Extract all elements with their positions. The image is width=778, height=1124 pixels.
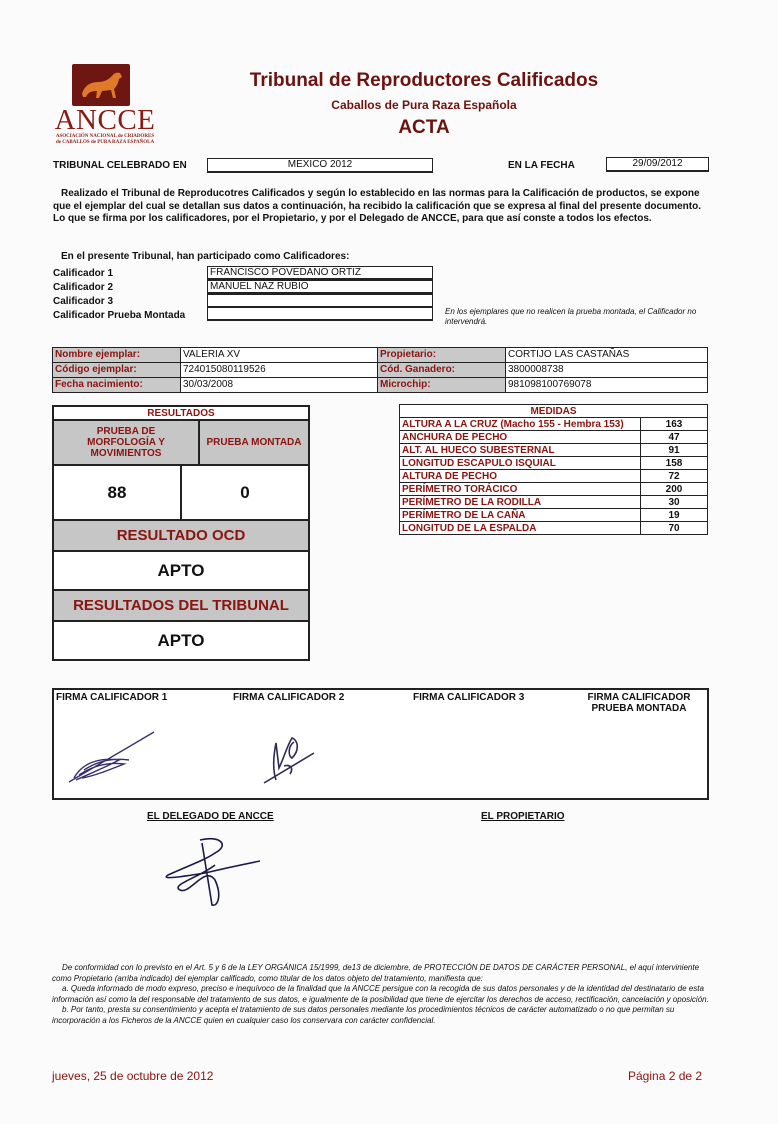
codigo-value: 724015080119526 — [181, 363, 378, 378]
medida-label: PERÍMETRO DE LA RODILLA — [400, 496, 641, 509]
medida-value: 19 — [641, 509, 708, 522]
medida-value: 30 — [641, 496, 708, 509]
ganadero-label: Cód. Ganadero: — [378, 363, 506, 378]
document-title: Tribunal de Reproductores Calificados — [0, 70, 778, 92]
medida-label: ALTURA A LA CRUZ (Macho 155 - Hembra 153… — [400, 418, 641, 431]
nacimiento-label: Fecha nacimiento: — [53, 378, 181, 393]
nombre-value: VALERIA XV — [181, 348, 378, 363]
codigo-label: Código ejemplar: — [53, 363, 181, 378]
propietario-label: Propietario: — [378, 348, 506, 363]
calificador-3-label: Calificador 3 — [53, 296, 113, 307]
table-row: Código ejemplar: 724015080119526 Cód. Ga… — [53, 363, 708, 378]
medida-label: ALTURA DE PECHO — [400, 470, 641, 483]
medida-label: PERÍMETRO TORÁCICO — [400, 483, 641, 496]
signatures-box: FIRMA CALIFICADOR 1 FIRMA CALIFICADOR 2 … — [52, 688, 709, 800]
date-field: 29/09/2012 — [606, 157, 709, 172]
nacimiento-value: 30/03/2008 — [181, 378, 378, 393]
firma-montada-line1: FIRMA CALIFICADOR — [574, 692, 704, 703]
calificadores-heading: En el presente Tribunal, han participado… — [61, 251, 349, 262]
medida-value: 70 — [641, 522, 708, 535]
medida-label: LONGITUD ESCAPULO ISQUIAL — [400, 457, 641, 470]
delegado-label: EL DELEGADO DE ANCCE — [147, 811, 274, 822]
microchip-label: Microchip: — [378, 378, 506, 393]
table-row: LONGITUD DE LA ESPALDA70 — [400, 522, 708, 535]
signature-calificador-1 — [64, 730, 164, 790]
logo-subtitle-line2: de CABALLOS de PURA RAZA ESPAÑOLA — [50, 140, 160, 146]
ocd-value: APTO — [54, 552, 308, 589]
table-row: PERÍMETRO DE LA CAÑA19 — [400, 509, 708, 522]
legal-paragraph-1: De conformidad con lo previsto en el Art… — [52, 963, 712, 984]
medida-value: 200 — [641, 483, 708, 496]
tribunal-result-value: APTO — [54, 622, 308, 659]
tribunal-label: TRIBUNAL CELEBRADO EN — [53, 160, 187, 171]
firma-calificador-3-label: FIRMA CALIFICADOR 3 — [413, 692, 524, 703]
legal-paragraph-a: a. Queda informado de modo expreso, prec… — [52, 984, 712, 1005]
medida-label: ANCHURA DE PECHO — [400, 431, 641, 444]
propietario-label: EL PROPIETARIO — [481, 811, 565, 822]
table-row: Nombre ejemplar: VALERIA XV Propietario:… — [53, 348, 708, 363]
firma-calificador-1-label: FIRMA CALIFICADOR 1 — [56, 692, 167, 703]
propietario-value: CORTIJO LAS CASTAÑAS — [506, 348, 708, 363]
ejemplar-table: Nombre ejemplar: VALERIA XV Propietario:… — [52, 347, 708, 393]
table-row: ALT. AL HUECO SUBESTERNAL91 — [400, 444, 708, 457]
calificador-1-label: Calificador 1 — [53, 268, 113, 279]
firma-montada-line2: PRUEBA MONTADA — [574, 703, 704, 714]
montada-header: PRUEBA MONTADA — [198, 421, 308, 464]
medidas-table: MEDIDAS ALTURA A LA CRUZ (Macho 155 - He… — [399, 404, 708, 535]
table-row: Fecha nacimiento: 30/03/2008 Microchip: … — [53, 378, 708, 393]
calificador-montada-field — [207, 307, 433, 321]
calificador-montada-label: Calificador Prueba Montada — [53, 310, 185, 321]
medida-value: 72 — [641, 470, 708, 483]
calificador-2-field: MANUEL NAZ RUBIO — [207, 280, 433, 294]
table-row: ALTURA A LA CRUZ (Macho 155 - Hembra 153… — [400, 418, 708, 431]
morfologia-header: PRUEBA DE MORFOLOGÍA Y MOVIMIENTOS — [54, 421, 198, 464]
morfologia-score: 88 — [54, 466, 180, 519]
signature-calificador-2 — [254, 728, 334, 788]
ocd-label: RESULTADO OCD — [54, 521, 308, 550]
microchip-value: 981098100769078 — [506, 378, 708, 393]
table-row: PERÍMETRO TORÁCICO200 — [400, 483, 708, 496]
document-type: ACTA — [0, 117, 778, 139]
medida-label: LONGITUD DE LA ESPALDA — [400, 522, 641, 535]
page-number: Página 2 de 2 — [628, 1069, 702, 1083]
footer-date: jueves, 25 de octubre de 2012 — [52, 1069, 213, 1083]
medida-label: PERÍMETRO DE LA CAÑA — [400, 509, 641, 522]
tribunal-location-field: MEXICO 2012 — [207, 158, 433, 173]
medida-value: 163 — [641, 418, 708, 431]
table-row: ANCHURA DE PECHO47 — [400, 431, 708, 444]
document-subtitle: Caballos de Pura Raza Española — [0, 98, 778, 112]
medida-value: 91 — [641, 444, 708, 457]
tribunal-result-label: RESULTADOS DEL TRIBUNAL — [54, 591, 308, 620]
medida-value: 47 — [641, 431, 708, 444]
intro-paragraph: Realizado el Tribunal de Reproducotres C… — [53, 188, 713, 226]
table-row: LONGITUD ESCAPULO ISQUIAL158 — [400, 457, 708, 470]
signature-delegado — [160, 835, 270, 910]
table-row: PERÍMETRO DE LA RODILLA30 — [400, 496, 708, 509]
resultados-title: RESULTADOS — [54, 407, 308, 419]
calificador-2-label: Calificador 2 — [53, 282, 113, 293]
medida-value: 158 — [641, 457, 708, 470]
calificador-1-field: FRANCISCO POVEDANO ORTIZ — [207, 266, 433, 280]
montada-note: En los ejemplares que no realicen la pru… — [445, 307, 705, 327]
legal-paragraph-b: b. Por tanto, presta su consentimiento y… — [52, 1005, 712, 1026]
medidas-title: MEDIDAS — [400, 405, 708, 418]
firma-montada-label: FIRMA CALIFICADOR PRUEBA MONTADA — [574, 692, 704, 714]
montada-score: 0 — [180, 466, 308, 519]
date-label: EN LA FECHA — [508, 160, 575, 171]
legal-notice: De conformidad con lo previsto en el Art… — [52, 963, 712, 1026]
ganadero-value: 3800008738 — [506, 363, 708, 378]
resultados-panel: RESULTADOS PRUEBA DE MORFOLOGÍA Y MOVIMI… — [52, 405, 310, 661]
calificador-3-field — [207, 294, 433, 308]
nombre-label: Nombre ejemplar: — [53, 348, 181, 363]
medida-label: ALT. AL HUECO SUBESTERNAL — [400, 444, 641, 457]
firma-calificador-2-label: FIRMA CALIFICADOR 2 — [233, 692, 344, 703]
table-row: ALTURA DE PECHO72 — [400, 470, 708, 483]
